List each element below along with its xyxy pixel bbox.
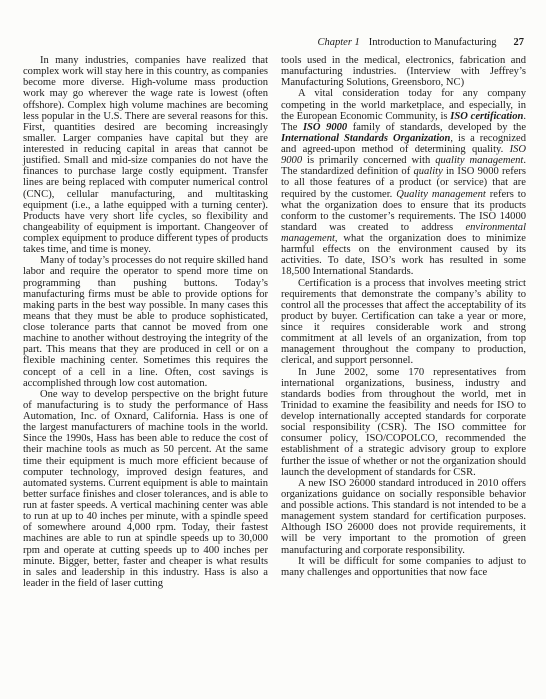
body-text: In many industries, companies have reali… [23, 55, 268, 255]
paragraph: Many of today’s processes do not require… [23, 255, 268, 389]
body-text: family of standards, developed by the [347, 122, 526, 133]
chapter-title: Introduction to Manufacturing [369, 37, 497, 48]
paragraph: Certification is a process that involves… [281, 278, 526, 367]
paragraph: A vital consideration today for any comp… [281, 88, 526, 277]
italic-term: quality management [435, 155, 523, 166]
bold-italic-term: ISO certification [450, 111, 523, 122]
paragraph: tools used in the medical, electronics, … [281, 55, 526, 88]
paragraph: It will be difficult for some companies … [281, 556, 526, 578]
paragraph: In June 2002, some 170 representatives f… [281, 367, 526, 478]
body-text: Many of today’s processes do not require… [23, 255, 268, 388]
paragraph: One way to develop perspective on the br… [23, 389, 268, 589]
left-column: In many industries, companies have reali… [23, 55, 268, 589]
body-text: One way to develop perspective on the br… [23, 389, 268, 589]
bold-italic-term: International Standards Organization [281, 133, 450, 144]
paragraph: A new ISO 26000 standard introduced in 2… [281, 478, 526, 556]
text-columns: In many industries, companies have reali… [23, 55, 526, 589]
body-text: tools used in the medical, electronics, … [281, 55, 526, 88]
italic-term: Quality management [396, 189, 486, 200]
right-column: tools used in the medical, electronics, … [281, 55, 526, 589]
italic-term: quality [413, 166, 442, 177]
page-number: 27 [514, 37, 525, 48]
page-header: Chapter 1Introduction to Manufacturing27 [317, 37, 524, 48]
body-text: A new ISO 26000 standard introduced in 2… [281, 478, 526, 556]
body-text: is primarily concerned with [302, 155, 435, 166]
chapter-label: Chapter 1 [317, 37, 359, 48]
paragraph: In many industries, companies have reali… [23, 55, 268, 255]
bold-italic-term: ISO 9000 [303, 122, 347, 133]
book-page: Chapter 1Introduction to Manufacturing27… [0, 0, 546, 699]
body-text: It will be difficult for some companies … [281, 556, 526, 578]
body-text: Certification is a process that involves… [281, 278, 526, 367]
body-text: In June 2002, some 170 representatives f… [281, 367, 526, 478]
